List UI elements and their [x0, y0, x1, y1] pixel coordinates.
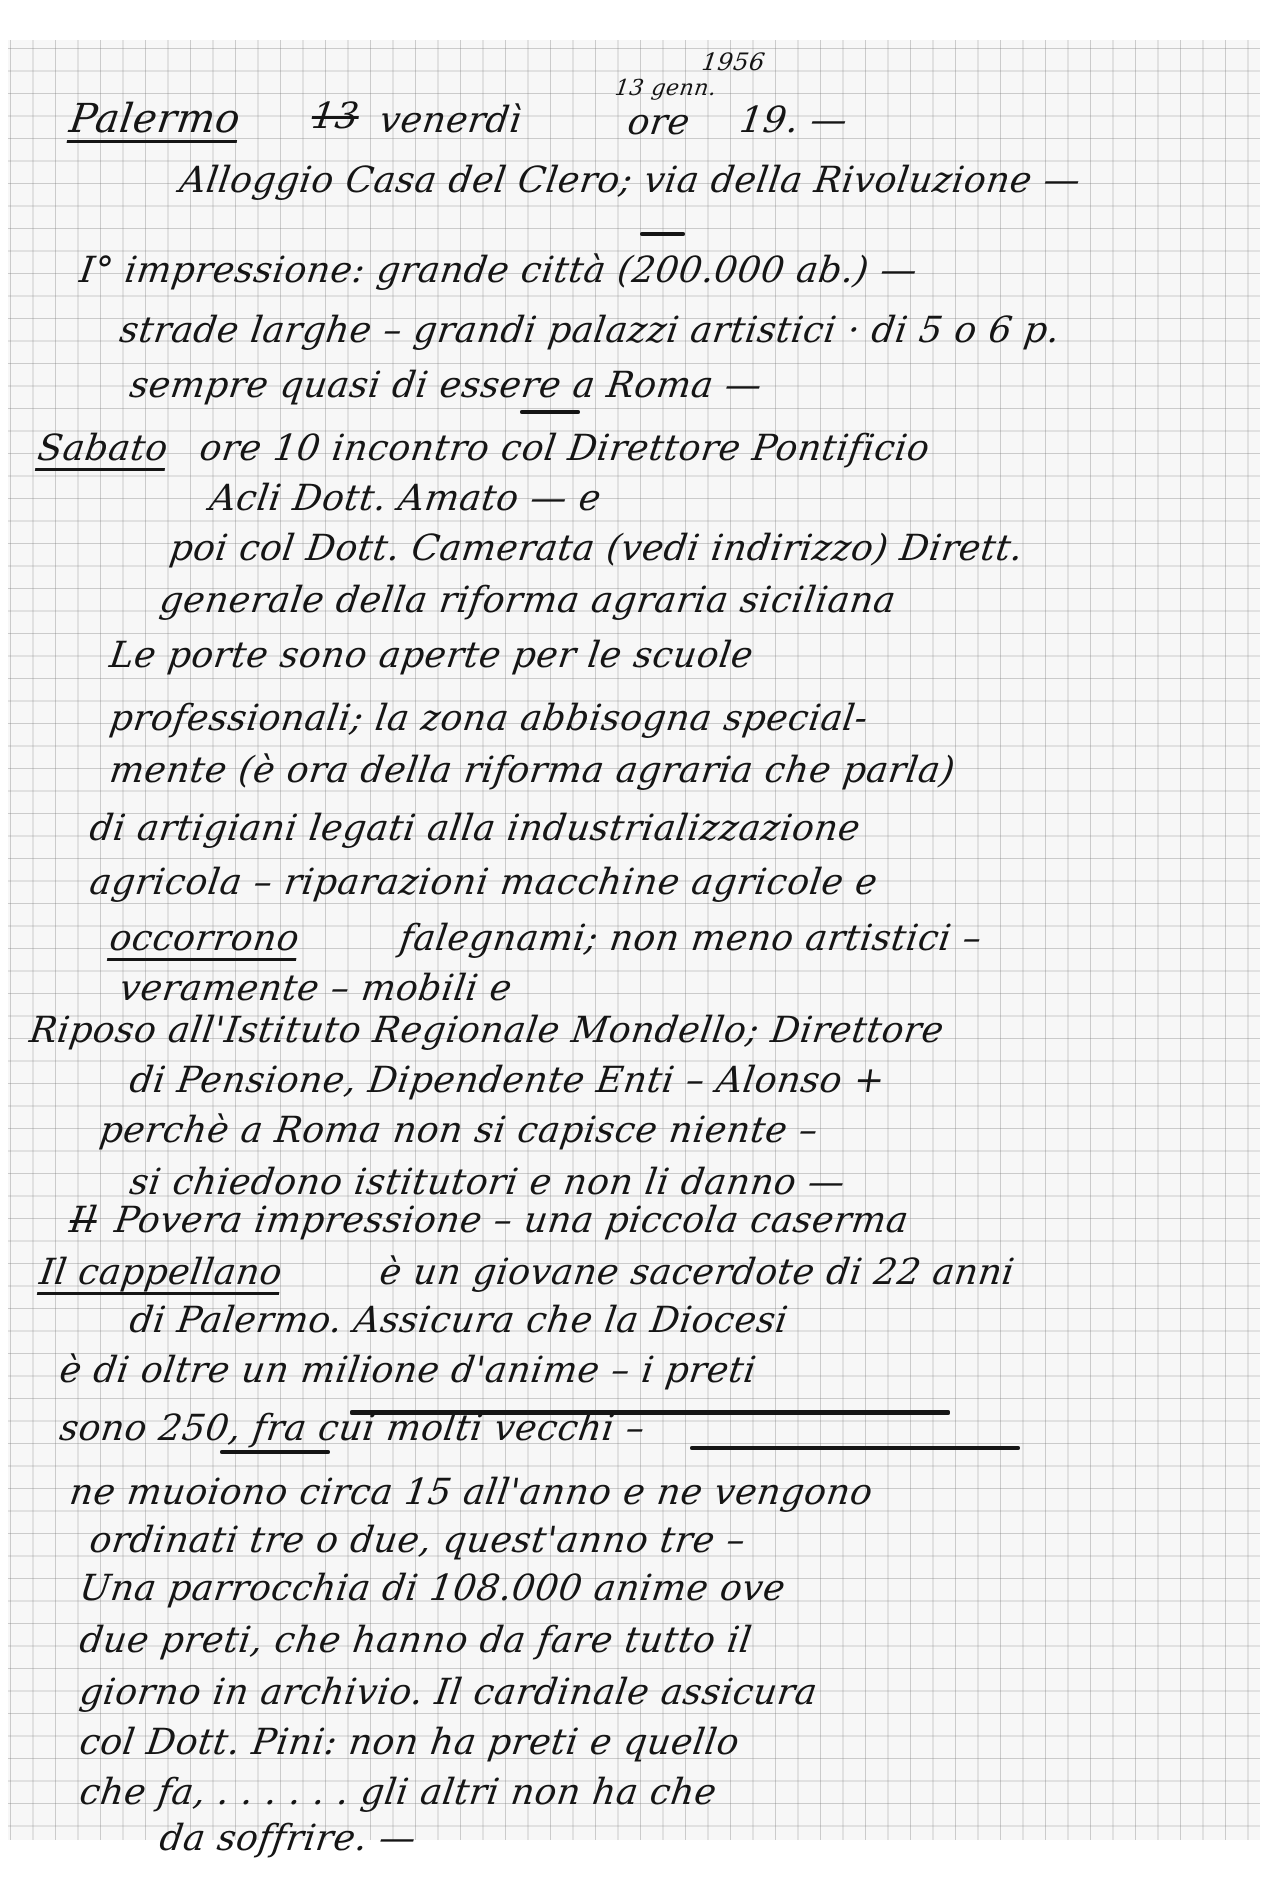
underline-stroke [220, 1450, 330, 1454]
line-22: di Palermo. Assicura che la Diocesi [127, 1300, 790, 1341]
line-11: mente (è ora della riforma agraria che p… [107, 750, 958, 791]
line-26: ordinati tre o due, quest'anno tre – [87, 1520, 748, 1561]
line-9: Le porte sono aperte per le scuole [107, 635, 756, 676]
line-4: sempre quasi di essere a Roma — [127, 365, 765, 406]
line-10: professionali; la zona abbisogna special… [107, 698, 870, 739]
line-24: sono 250, fra cui molti vecchi – [57, 1408, 647, 1449]
line-13: agricola – riparazioni macchine agricole… [87, 862, 880, 903]
line-21: è un giovane sacerdote di 22 anni [377, 1252, 1017, 1293]
underline-stroke [690, 1446, 1020, 1450]
line-21-lead: Il cappellano [37, 1252, 285, 1293]
line-2: I° impressione: grande città (200.000 ab… [77, 250, 920, 291]
line-29: giorno in archivio. Il cardinale assicur… [77, 1672, 820, 1713]
line-5: ore 10 incontro col Direttore Pontificio [197, 428, 932, 469]
line-20-struck: Il [67, 1200, 99, 1241]
line-23: è di oltre un milione d'anime – i preti [57, 1350, 759, 1391]
header-place: Palermo [67, 96, 244, 142]
line-19: si chiedono istitutori e non li danno — [127, 1162, 848, 1203]
line-15: veramente – mobili e [117, 968, 515, 1009]
line-28: due preti, che hanno da fare tutto il [77, 1620, 754, 1661]
line-30: col Dott. Pini: non ha preti e quello [77, 1722, 742, 1763]
line-16: Riposo all'Istituto Regionale Mondello; … [27, 1010, 946, 1051]
line-3: strade larghe – grandi palazzi artistici… [117, 310, 1062, 351]
line-18: perchè a Roma non si capisce niente – [97, 1110, 821, 1151]
line-31: che fa, . . . . . . gli altri non ha che [77, 1772, 719, 1813]
line-8: generale della riforma agraria siciliana [157, 580, 898, 621]
header-date-superscript: 13 genn. [613, 76, 718, 101]
header-weekday: venerdì [377, 100, 524, 141]
line-5-lead: Sabato [35, 428, 171, 469]
header-time: 19. — [737, 100, 850, 141]
separator-dash [520, 410, 580, 414]
line-20: Povera impressione – una piccola caserma [112, 1200, 911, 1241]
line-17: di Pensione, Dipendente Enti – Alonso + [127, 1060, 888, 1101]
line-7: poi col Dott. Camerata (vedi indirizzo) … [167, 528, 1026, 569]
line-14: falegnami; non meno artistici – [397, 918, 984, 959]
line-6: Acli Dott. Amato — e [207, 478, 604, 519]
line-25: ne muoiono circa 15 all'anno e ne vengon… [67, 1472, 875, 1513]
line-27: Una parrocchia di 108.000 anime ove [77, 1568, 788, 1609]
line-32: da soffrire. — [157, 1818, 419, 1859]
line-12: di artigiani legati alla industrializzaz… [87, 808, 863, 849]
line-1: Alloggio Casa del Clero; via della Rivol… [177, 160, 1083, 201]
year-annotation: 1956 [700, 48, 767, 76]
separator-dash [640, 232, 685, 236]
line-14-lead: occorrono [107, 918, 302, 959]
header-struck-day: 13 [309, 96, 362, 137]
header-time-label: ore [625, 102, 692, 143]
